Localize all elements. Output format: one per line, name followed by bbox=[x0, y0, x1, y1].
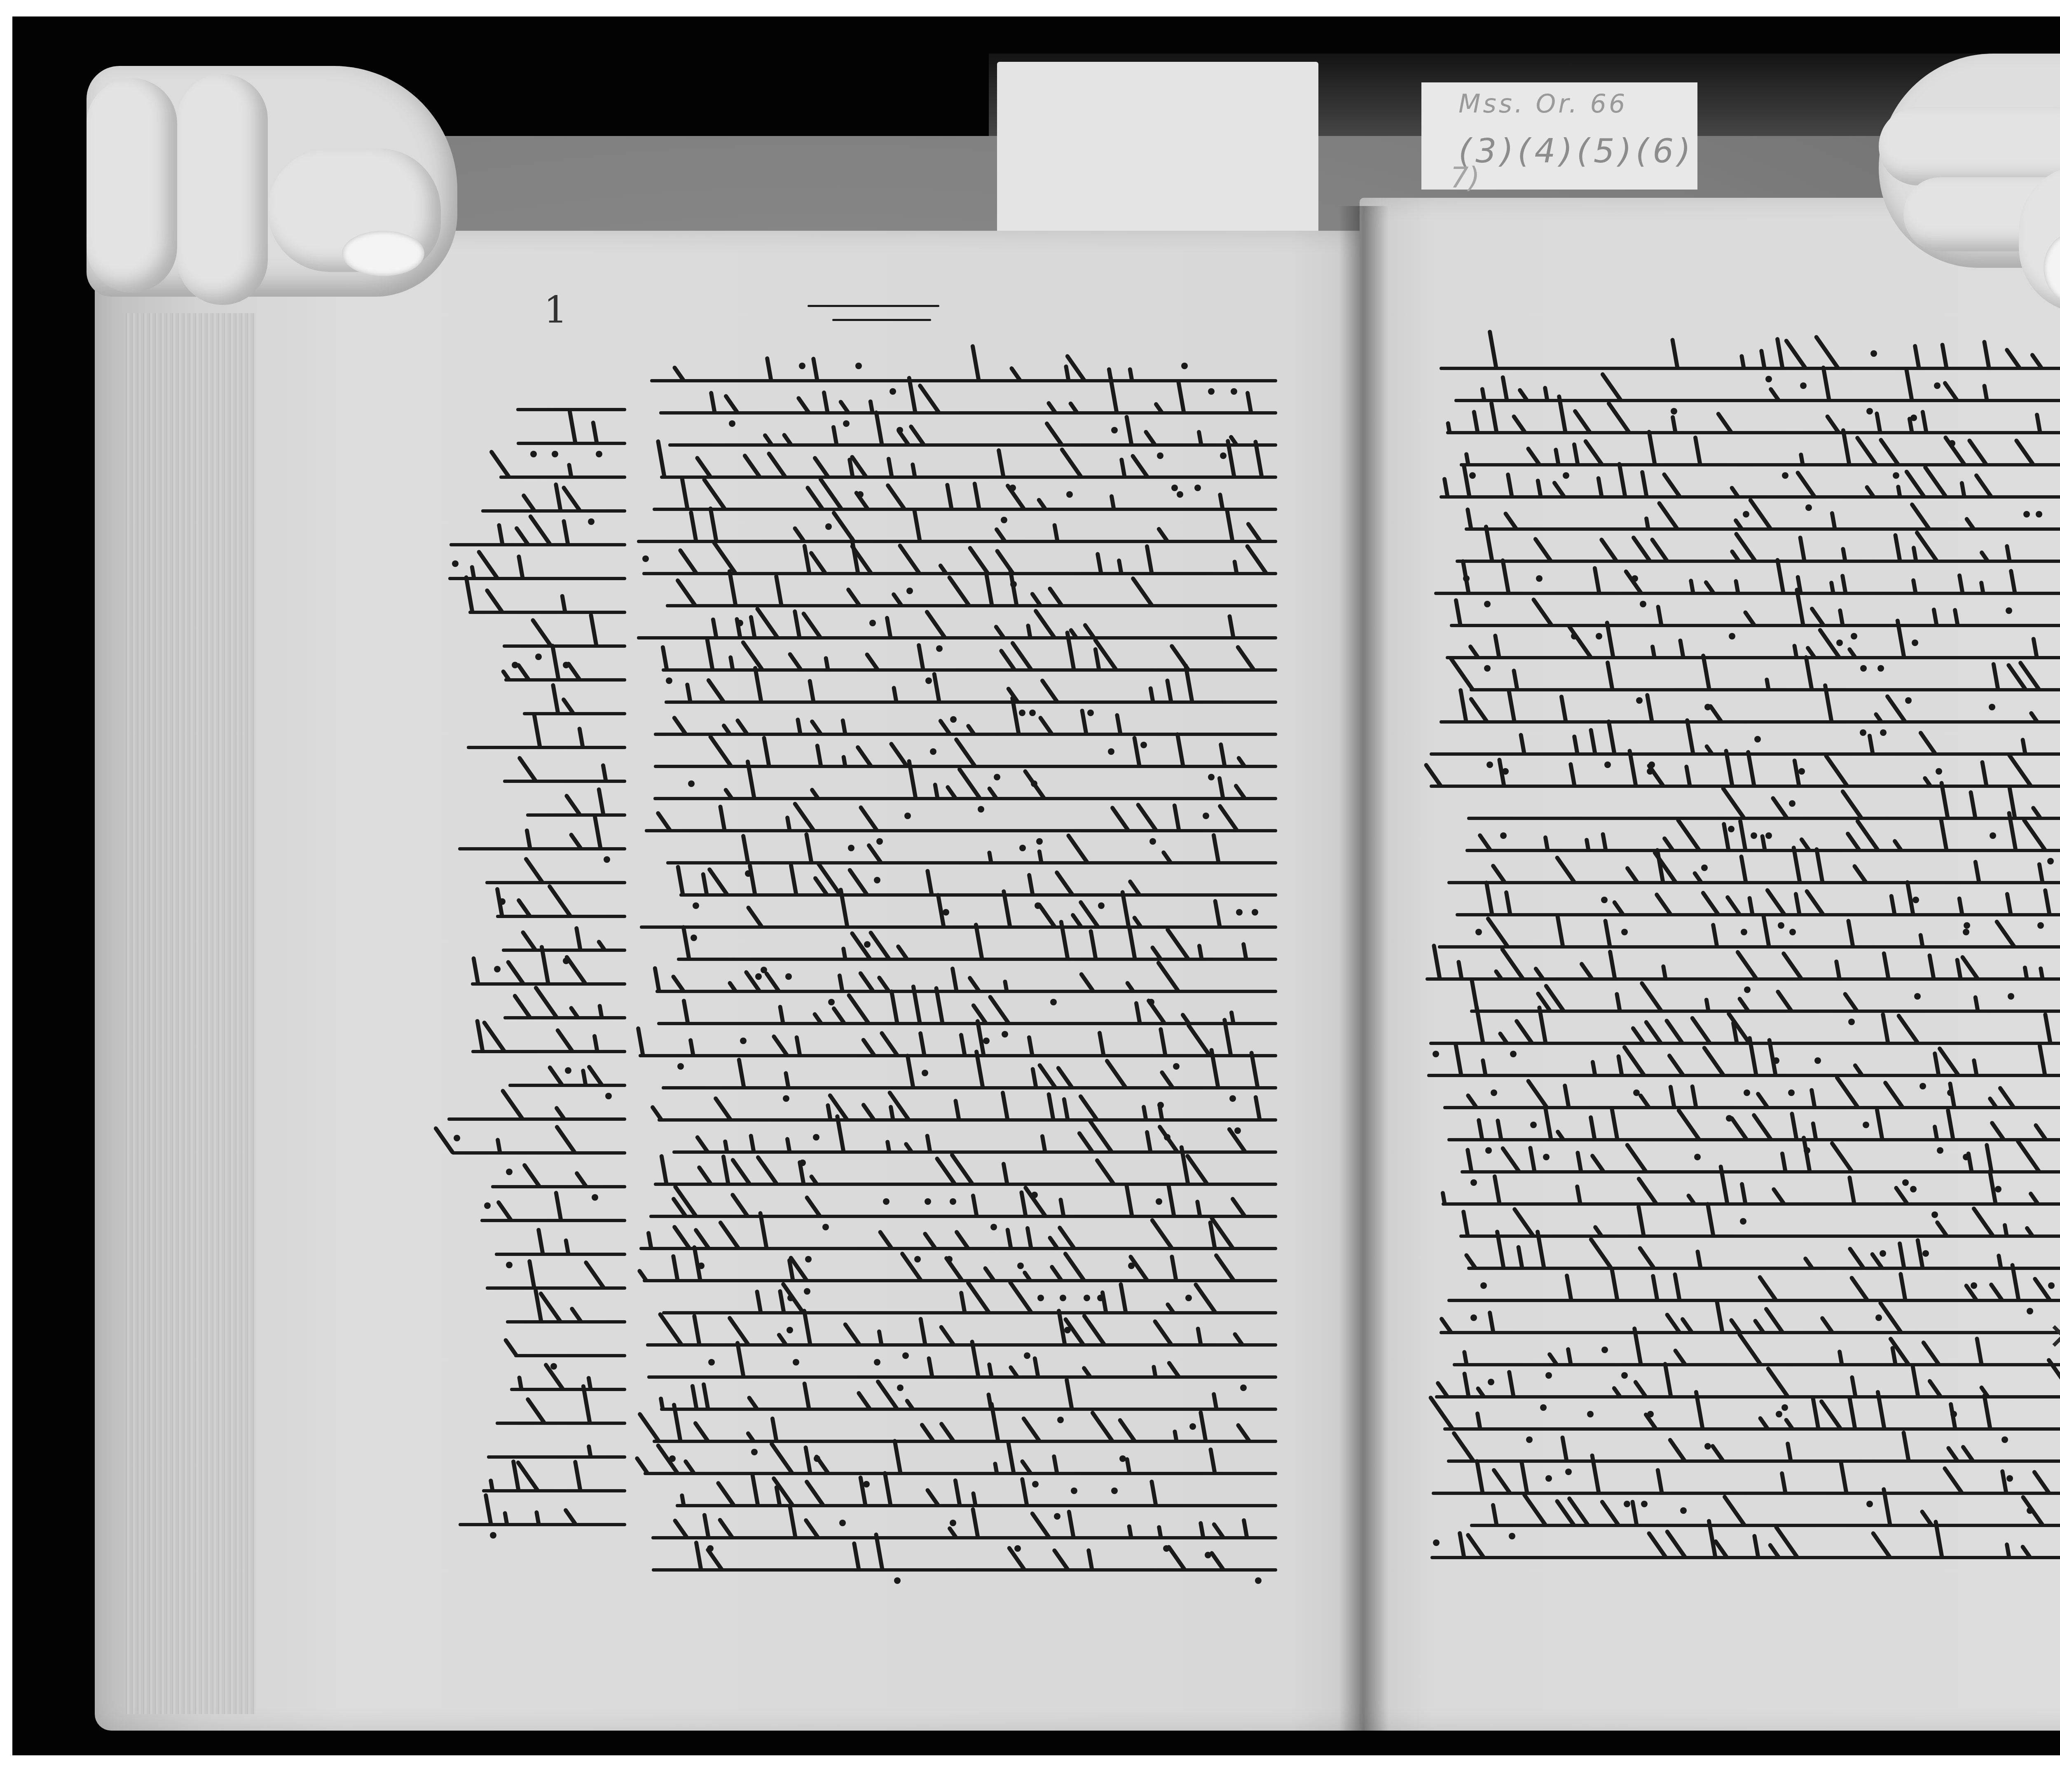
script-dot bbox=[1194, 485, 1201, 491]
right-page-main-text bbox=[1426, 350, 2060, 1586]
script-stroke bbox=[554, 1190, 563, 1222]
script-dot bbox=[1621, 929, 1628, 935]
script-dot bbox=[1910, 1186, 1917, 1192]
script-stroke bbox=[517, 555, 525, 580]
script-stroke bbox=[1461, 1209, 1470, 1237]
script-dot bbox=[506, 1262, 513, 1268]
script-stroke bbox=[802, 543, 812, 575]
script-stroke bbox=[1664, 1018, 1685, 1045]
script-stroke bbox=[1763, 1306, 1785, 1334]
script-dot bbox=[876, 838, 883, 845]
script-stroke bbox=[1790, 1111, 1799, 1141]
script-stroke bbox=[1169, 1254, 1178, 1282]
script-dot bbox=[604, 856, 610, 863]
script-stroke bbox=[1130, 576, 1154, 608]
script-stroke bbox=[917, 383, 941, 415]
script-dot bbox=[1240, 1384, 1247, 1391]
script-stroke bbox=[593, 815, 603, 850]
script-line bbox=[459, 1523, 626, 1526]
script-dot bbox=[1741, 929, 1747, 935]
script-stroke bbox=[868, 930, 892, 961]
script-stroke bbox=[875, 1379, 899, 1411]
script-stroke bbox=[1488, 1310, 1496, 1334]
script-dot bbox=[848, 845, 854, 851]
script-line bbox=[508, 1084, 626, 1087]
script-stroke bbox=[1500, 1145, 1522, 1174]
script-dot bbox=[839, 1520, 846, 1526]
script-dot bbox=[1071, 1487, 1077, 1494]
script-stroke bbox=[912, 508, 922, 543]
script-stroke bbox=[849, 543, 873, 575]
script-stroke bbox=[533, 985, 559, 1020]
script-dot bbox=[950, 716, 957, 723]
script-line bbox=[1435, 1395, 2060, 1398]
script-line bbox=[662, 1086, 1277, 1089]
script-stroke bbox=[943, 1255, 964, 1283]
script-dot bbox=[698, 1263, 705, 1269]
script-stroke bbox=[500, 1088, 524, 1121]
script-stroke bbox=[1032, 1356, 1040, 1378]
script-stroke bbox=[1839, 1461, 1849, 1495]
script-dot bbox=[1019, 845, 1026, 851]
script-stroke bbox=[694, 1540, 703, 1571]
script-stroke bbox=[1625, 1142, 1648, 1174]
script-dot bbox=[669, 1455, 676, 1462]
script-dot bbox=[1905, 697, 1912, 704]
script-stroke bbox=[1646, 1530, 1669, 1560]
script-line bbox=[665, 700, 1277, 704]
script-dot bbox=[484, 1202, 491, 1209]
script-stroke bbox=[802, 1381, 811, 1410]
script-stroke bbox=[815, 743, 823, 768]
script-stroke bbox=[1554, 855, 1576, 885]
script-stroke bbox=[553, 482, 562, 512]
script-dot bbox=[1995, 1186, 2001, 1192]
script-stroke bbox=[1512, 668, 1519, 691]
script-stroke bbox=[1616, 1054, 1624, 1077]
script-dot bbox=[1098, 902, 1105, 909]
script-stroke bbox=[892, 1439, 903, 1475]
script-dot bbox=[1647, 1411, 1654, 1417]
script-dot bbox=[994, 774, 1000, 780]
script-line bbox=[1440, 367, 2060, 370]
script-stroke bbox=[1971, 1206, 1995, 1238]
script-stroke bbox=[1854, 435, 1878, 467]
script-stroke bbox=[1938, 817, 1948, 852]
script-stroke bbox=[634, 1456, 650, 1476]
left-page-edges bbox=[124, 313, 255, 1714]
script-dot bbox=[1024, 1352, 1030, 1359]
script-stroke bbox=[1897, 1241, 1906, 1270]
script-stroke bbox=[971, 1193, 979, 1218]
script-dot bbox=[1914, 993, 1921, 1000]
script-dot bbox=[990, 1224, 997, 1230]
script-dot bbox=[1971, 1282, 1977, 1289]
script-stroke bbox=[1213, 899, 1222, 928]
script-dot bbox=[2008, 993, 2014, 1000]
script-line bbox=[1447, 1138, 2060, 1141]
script-dot bbox=[1963, 929, 1969, 935]
script-stroke bbox=[774, 574, 784, 607]
script-stroke bbox=[1870, 1531, 1892, 1560]
script-stroke bbox=[1568, 762, 1576, 787]
pencil-note: 7) bbox=[1450, 161, 1480, 194]
script-stroke bbox=[527, 1259, 536, 1289]
script-stroke bbox=[984, 572, 994, 607]
script-stroke bbox=[1020, 1477, 1029, 1507]
script-dot bbox=[1488, 1379, 1494, 1385]
script-stroke bbox=[749, 615, 757, 639]
script-stroke bbox=[1955, 958, 1963, 980]
script-stroke bbox=[1814, 847, 1825, 884]
script-stroke bbox=[740, 639, 764, 672]
script-stroke bbox=[1451, 1430, 1476, 1463]
script-dot bbox=[1765, 376, 1772, 382]
script-dot bbox=[1782, 472, 1788, 479]
script-stroke bbox=[1781, 951, 1804, 981]
script-stroke bbox=[1819, 1398, 1843, 1431]
script-dot bbox=[1149, 838, 1156, 845]
script-dot bbox=[1029, 710, 1036, 716]
script-stroke bbox=[1676, 1108, 1702, 1142]
script-stroke bbox=[1693, 435, 1702, 466]
script-stroke bbox=[524, 828, 532, 850]
script-stroke bbox=[1795, 470, 1817, 499]
script-line bbox=[449, 543, 626, 546]
script-dot bbox=[1543, 1154, 1550, 1160]
left-page-heading bbox=[808, 301, 943, 326]
script-stroke bbox=[1507, 1370, 1516, 1398]
script-stroke bbox=[1711, 923, 1719, 948]
script-dot bbox=[506, 1169, 513, 1175]
script-dot bbox=[1805, 504, 1812, 511]
script-line bbox=[1456, 913, 2060, 916]
script-stroke bbox=[883, 1471, 893, 1507]
script-dot bbox=[1084, 1295, 1090, 1301]
script-stroke bbox=[1896, 1013, 1920, 1045]
script-line bbox=[1440, 1331, 2060, 1334]
script-stroke bbox=[1631, 535, 1652, 563]
script-stroke bbox=[1973, 860, 1981, 884]
script-dot bbox=[1252, 909, 1258, 916]
script-line bbox=[1453, 1363, 2060, 1366]
script-line bbox=[1470, 1010, 2060, 1013]
script-stroke bbox=[481, 1020, 506, 1054]
script-stroke bbox=[1982, 1393, 1992, 1430]
script-stroke bbox=[925, 869, 934, 896]
script-dot bbox=[1814, 1057, 1821, 1064]
script-stroke bbox=[2015, 1138, 2041, 1174]
script-stroke bbox=[1846, 918, 1855, 948]
script-dot bbox=[2037, 922, 2044, 929]
script-dot bbox=[793, 1359, 799, 1366]
script-line bbox=[482, 1489, 626, 1492]
script-stroke bbox=[897, 543, 922, 576]
script-stroke bbox=[1033, 608, 1057, 640]
script-dot bbox=[677, 1063, 684, 1070]
script-stroke bbox=[1975, 1336, 1984, 1366]
script-dot bbox=[1157, 452, 1163, 459]
script-stroke bbox=[1606, 719, 1617, 755]
script-stroke bbox=[970, 1507, 980, 1539]
script-dot bbox=[1485, 1147, 1492, 1154]
script-stroke bbox=[889, 741, 910, 768]
script-line bbox=[1443, 1427, 2060, 1431]
script-stroke bbox=[1132, 736, 1141, 768]
script-stroke bbox=[1793, 892, 1802, 916]
script-stroke bbox=[761, 736, 771, 768]
script-stroke bbox=[1227, 614, 1236, 639]
script-stroke bbox=[1245, 391, 1253, 414]
script-dot bbox=[605, 1093, 612, 1099]
script-dot bbox=[1017, 1263, 1024, 1269]
script-stroke bbox=[1588, 1237, 1613, 1270]
script-line bbox=[1446, 656, 2060, 659]
script-stroke bbox=[525, 1396, 547, 1425]
script-stroke bbox=[1453, 1042, 1463, 1077]
script-stroke bbox=[1104, 1058, 1128, 1090]
script-dot bbox=[1463, 575, 1470, 582]
script-stroke bbox=[1158, 1027, 1167, 1057]
script-stroke bbox=[701, 477, 727, 511]
script-stroke bbox=[678, 548, 699, 576]
script-dot bbox=[883, 1198, 890, 1205]
heading-line bbox=[832, 319, 931, 321]
script-stroke bbox=[1465, 1148, 1474, 1173]
script-stroke bbox=[1943, 435, 1967, 467]
script-stroke bbox=[754, 606, 780, 640]
script-stroke bbox=[792, 801, 816, 832]
script-stroke bbox=[847, 867, 869, 897]
script-dot bbox=[1565, 1469, 1572, 1475]
script-dot bbox=[751, 1449, 758, 1455]
script-stroke bbox=[1465, 1532, 1486, 1560]
script-line bbox=[480, 1219, 626, 1222]
script-line bbox=[1459, 1234, 2060, 1238]
script-dot bbox=[1866, 408, 1873, 415]
script-stroke bbox=[1468, 696, 1489, 724]
script-stroke bbox=[483, 1493, 493, 1526]
script-stroke bbox=[489, 449, 511, 479]
script-stroke bbox=[1575, 1150, 1583, 1173]
script-stroke bbox=[1172, 803, 1181, 832]
script-stroke bbox=[924, 609, 947, 640]
script-line bbox=[653, 1440, 1277, 1443]
script-line bbox=[1430, 1556, 2060, 1559]
script-stroke bbox=[1722, 1494, 1747, 1527]
script-stroke bbox=[1821, 365, 1831, 402]
script-dot bbox=[1057, 1417, 1064, 1423]
script-stroke bbox=[1779, 1471, 1788, 1495]
script-stroke bbox=[1775, 558, 1785, 594]
script-stroke bbox=[1904, 367, 1914, 402]
script-stroke bbox=[1030, 1067, 1038, 1089]
script-stroke bbox=[918, 1031, 927, 1057]
script-dot bbox=[1050, 999, 1057, 1005]
script-stroke bbox=[1798, 535, 1807, 562]
script-stroke bbox=[916, 643, 925, 671]
script-stroke bbox=[708, 734, 734, 768]
script-line bbox=[653, 797, 1277, 800]
script-dot bbox=[805, 1256, 812, 1263]
script-stroke bbox=[1702, 1045, 1726, 1078]
script-line bbox=[502, 949, 626, 952]
script-line bbox=[672, 1150, 1277, 1154]
script-line bbox=[1427, 1074, 2060, 1077]
script-stroke bbox=[1689, 1015, 1712, 1045]
script-dot bbox=[804, 1288, 810, 1295]
script-stroke bbox=[852, 1541, 861, 1571]
script-stroke bbox=[1063, 1251, 1086, 1283]
script-dot bbox=[1502, 768, 1509, 775]
script-dot bbox=[1877, 665, 1884, 672]
script-stroke bbox=[899, 1251, 923, 1283]
script-stroke bbox=[1218, 742, 1227, 768]
script-stroke bbox=[1622, 1045, 1646, 1078]
script-stroke bbox=[2043, 888, 2052, 916]
script-dot bbox=[943, 909, 949, 916]
script-line bbox=[495, 1253, 626, 1256]
script-dot bbox=[950, 1198, 956, 1205]
script-stroke bbox=[471, 956, 480, 985]
script-line bbox=[1456, 560, 2060, 563]
script-dot bbox=[1740, 1218, 1746, 1225]
script-line bbox=[452, 1151, 626, 1155]
script-stroke bbox=[1472, 410, 1480, 434]
script-stroke bbox=[1458, 688, 1469, 723]
script-dot bbox=[822, 1224, 829, 1230]
script-dot bbox=[1913, 897, 1919, 903]
script-stroke bbox=[1499, 947, 1525, 981]
script-dot bbox=[1019, 710, 1025, 716]
script-dot bbox=[1054, 1513, 1060, 1520]
script-stroke bbox=[2043, 1012, 2052, 1045]
script-dot bbox=[550, 1363, 557, 1370]
script-stroke bbox=[1094, 1157, 1116, 1186]
script-stroke bbox=[874, 410, 884, 446]
script-dot bbox=[1470, 1179, 1477, 1186]
script-line bbox=[679, 893, 1277, 897]
script-line bbox=[1447, 1299, 2060, 1302]
label-shelfmark: Mss. Or. 66 bbox=[1458, 89, 1627, 119]
script-stroke bbox=[1496, 1118, 1503, 1141]
script-dot bbox=[530, 451, 537, 457]
script-stroke bbox=[1740, 1182, 1748, 1205]
script-dot bbox=[688, 780, 695, 787]
script-stroke bbox=[1166, 1544, 1187, 1572]
script-stroke bbox=[953, 1099, 961, 1121]
script-stroke bbox=[536, 1227, 545, 1256]
script-dot bbox=[1111, 427, 1118, 433]
script-stroke bbox=[1661, 471, 1682, 499]
script-dot bbox=[1604, 761, 1611, 768]
script-dot bbox=[2036, 511, 2042, 518]
script-stroke bbox=[1765, 887, 1787, 916]
script-stroke bbox=[1757, 1274, 1779, 1302]
script-stroke bbox=[1588, 728, 1597, 755]
script-dot bbox=[1601, 897, 1608, 903]
script-stroke bbox=[959, 1291, 967, 1314]
script-stroke bbox=[770, 1416, 779, 1443]
script-stroke bbox=[1484, 880, 1494, 916]
script-dot bbox=[1540, 1404, 1547, 1411]
script-stroke bbox=[1081, 1313, 1107, 1347]
script-stroke bbox=[1849, 1275, 1869, 1302]
script-dot bbox=[1860, 729, 1866, 736]
script-stroke bbox=[1985, 1143, 1994, 1173]
script-dot bbox=[1934, 382, 1941, 389]
script-dot bbox=[2048, 1282, 2055, 1289]
script-stroke bbox=[1751, 1113, 1773, 1142]
script-stroke bbox=[954, 737, 978, 768]
script-stroke bbox=[655, 1443, 680, 1476]
script-line bbox=[650, 379, 1277, 382]
script-dot bbox=[1484, 665, 1491, 672]
script-stroke bbox=[1609, 1106, 1619, 1141]
script-dot bbox=[1950, 1411, 1957, 1417]
script-stroke bbox=[1005, 1227, 1013, 1250]
script-stroke bbox=[636, 1026, 645, 1057]
script-stroke bbox=[1922, 464, 1948, 499]
script-stroke bbox=[1640, 470, 1649, 498]
script-dot bbox=[1704, 1443, 1711, 1450]
label-numbers: (3)(4)(5)(6) bbox=[1458, 132, 1695, 170]
script-stroke bbox=[1533, 536, 1553, 563]
script-stroke bbox=[1606, 401, 1632, 435]
script-dot bbox=[1509, 1533, 1515, 1539]
script-stroke bbox=[1100, 1290, 1108, 1314]
script-dot bbox=[1636, 697, 1643, 704]
script-stroke bbox=[567, 409, 578, 445]
script-stroke bbox=[858, 805, 879, 833]
script-line bbox=[658, 1118, 1277, 1122]
script-dot bbox=[691, 935, 697, 941]
script-line bbox=[649, 1215, 1277, 1218]
script-stroke bbox=[2014, 438, 2036, 467]
script-stroke bbox=[1690, 1084, 1698, 1109]
script-stroke bbox=[1668, 1085, 1676, 1109]
script-stroke bbox=[1476, 1118, 1484, 1141]
script-stroke bbox=[1062, 1097, 1070, 1121]
script-dot bbox=[1001, 517, 1007, 523]
script-line bbox=[637, 636, 1277, 639]
script-stroke bbox=[1834, 1075, 1860, 1110]
script-stroke bbox=[1149, 1479, 1158, 1507]
script-stroke bbox=[476, 549, 500, 581]
script-stroke bbox=[1516, 1245, 1524, 1270]
script-stroke bbox=[1512, 1206, 1536, 1238]
script-dot bbox=[1220, 452, 1227, 459]
script-stroke bbox=[957, 766, 982, 801]
script-stroke bbox=[1078, 1094, 1099, 1122]
script-stroke bbox=[1881, 1012, 1890, 1044]
script-stroke bbox=[1493, 633, 1501, 659]
script-stroke bbox=[1066, 833, 1090, 865]
script-stroke bbox=[1904, 469, 1927, 499]
script-dot bbox=[2027, 1308, 2033, 1314]
script-dot bbox=[1624, 1501, 1630, 1507]
script-stroke bbox=[747, 864, 757, 896]
script-stroke bbox=[517, 755, 538, 783]
script-stroke bbox=[804, 832, 814, 864]
script-stroke bbox=[681, 998, 690, 1025]
script-dot bbox=[452, 560, 459, 567]
script-line bbox=[514, 1354, 626, 1357]
script-stroke bbox=[801, 611, 822, 640]
script-line bbox=[639, 1054, 1277, 1057]
script-stroke bbox=[1847, 1175, 1856, 1205]
script-stroke bbox=[1927, 953, 1936, 980]
